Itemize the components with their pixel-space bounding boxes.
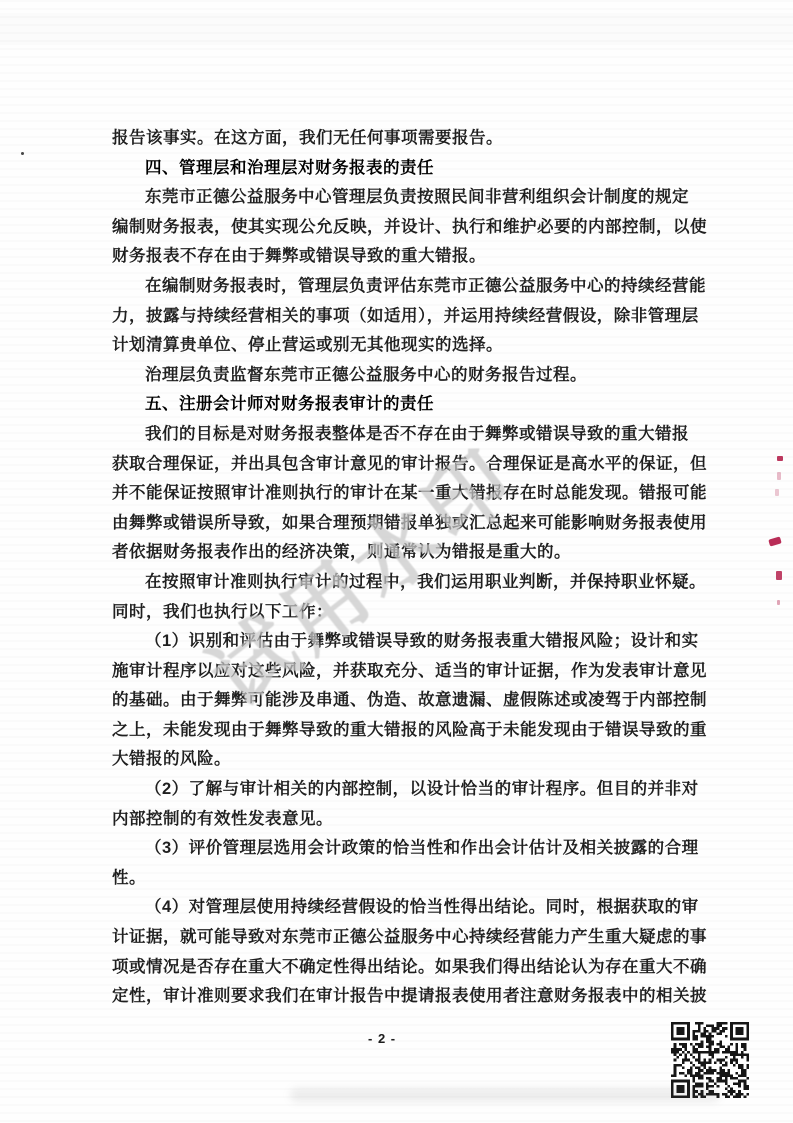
section-heading: 四、管理层和治理层对财务报表的责任 [112,154,690,184]
red-annotation-mark [775,489,779,496]
section-heading: 五、注册会计师对财务报表审计的责任 [112,390,690,420]
red-annotation-mark [776,571,782,580]
page-number: - 2 - [368,1031,396,1046]
text-line: 同时，我们也执行以下工作： [112,598,690,628]
red-annotation-mark [777,472,781,480]
text-line: 在编制财务报表时，管理层负责评估东莞市正德公益服务中心的持续经营能 [112,272,690,302]
text-line: 东莞市正德公益服务中心管理层负责按照民间非营利组织会计制度的规定 [112,183,690,213]
text-line: 我们的目标是对财务报表整体是否不存在由于舞弊或错误导致的重大错报 [112,420,690,450]
scan-smudge [290,1088,720,1102]
text-line: 在按照审计准则执行审计的过程中，我们运用职业判断，并保持职业怀疑。 [112,568,690,598]
text-line: 编制财务报表，使其实现公允反映，并设计、执行和维护必要的内部控制，以使 [112,213,690,243]
text-line: 定性，审计准则要求我们在审计报告中提请报表使用者注意财务报表中的相关披 [112,982,690,1012]
text-line: 计证据，就可能导致对东莞市正德公益服务中心持续经营能力产生重大疑虑的事 [112,923,690,953]
text-line: 治理层负责监督东莞市正德公益服务中心的财务报告过程。 [112,361,690,391]
text-line: 者依据财务报表作出的经济决策，则通常认为错报是重大的。 [112,538,690,568]
text-line: 性。 [112,864,690,894]
text-line: 之上，未能发现由于舞弊导致的重大错报的风险高于未能发现由于错误导致的重 [112,716,690,746]
red-annotation-mark [768,536,781,546]
text-line: （2）了解与审计相关的内部控制，以设计恰当的审计程序。但目的并非对 [112,775,690,805]
scan-band [0,13,793,45]
document-body: 报告该事实。在这方面，我们无任何事项需要报告。四、管理层和治理层对财务报表的责任… [112,124,690,1012]
text-line: 内部控制的有效性发表意见。 [112,805,690,835]
text-line: 财务报表不存在由于舞弊或错误导致的重大错报。 [112,242,690,272]
text-line: 计划清算贵单位、停止营运或别无其他现实的选择。 [112,331,690,361]
scanned-audit-report-page: 报告该事实。在这方面，我们无任何事项需要报告。四、管理层和治理层对财务报表的责任… [0,0,793,1123]
text-line: 项或情况是否存在重大不确定性得出结论。如果我们得出结论认为存在重大不确 [112,953,690,983]
qr-code-icon [671,1022,749,1098]
text-line: 的基础。由于舞弊可能涉及串通、伪造、故意遗漏、虚假陈述或凌驾于内部控制 [112,686,690,716]
text-line: 力，披露与持续经营相关的事项（如适用），并运用持续经营假设，除非管理层 [112,302,690,332]
text-line: 施审计程序以应对这些风险，并获取充分、适当的审计证据，作为发表审计意见 [112,657,690,687]
text-line: （1）识别和评估由于舞弊或错误导致的财务报表重大错报风险；设计和实 [112,627,690,657]
text-line: 由舞弊或错误所导致，如果合理预期错报单独或汇总起来可能影响财务报表使用 [112,509,690,539]
text-line: 大错报的风险。 [112,745,690,775]
red-annotation-mark [777,600,780,605]
red-annotation-mark [777,456,783,461]
text-line: 获取合理保证，并出具包含审计意见的审计报告。合理保证是高水平的保证，但 [112,450,690,480]
ink-speck [21,152,24,155]
text-line: 并不能保证按照审计准则执行的审计在某一重大错报存在时总能发现。错报可能 [112,479,690,509]
text-line: 报告该事实。在这方面，我们无任何事项需要报告。 [112,124,690,154]
text-line: （3）评价管理层选用会计政策的恰当性和作出会计估计及相关披露的合理 [112,834,690,864]
text-line: （4）对管理层使用持续经营假设的恰当性得出结论。同时，根据获取的审 [112,893,690,923]
